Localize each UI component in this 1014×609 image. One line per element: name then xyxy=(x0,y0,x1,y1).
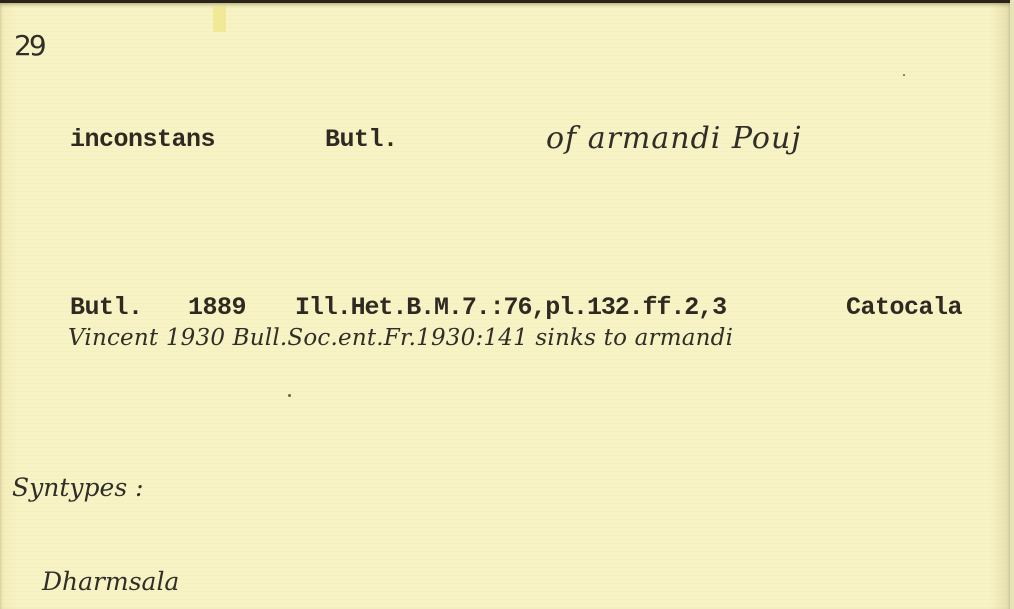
species-author: Butl. xyxy=(325,125,398,154)
highlighter-mark xyxy=(213,6,226,32)
handwritten-reference: Vincent 1930 Bull.Soc.ent.Fr.1930:141 si… xyxy=(68,325,733,351)
reference-year: 1889 xyxy=(188,293,246,322)
ink-speck xyxy=(903,74,905,76)
index-card: 29 inconstans Butl. of armandi Pouj Butl… xyxy=(0,3,1010,609)
syntype-locality: Dharmsala xyxy=(42,567,179,596)
syntypes-label: Syntypes : xyxy=(12,473,144,502)
reference-genus: Catocala xyxy=(846,293,962,322)
reference-author: Butl. xyxy=(70,293,143,322)
reference-citation: Ill.Het.B.M.7.:76,pl.132.ff.2,3 xyxy=(295,293,726,322)
species-name: inconstans xyxy=(70,125,215,154)
synonymy-note: of armandi Pouj xyxy=(546,121,802,156)
card-number: 29 xyxy=(14,29,44,62)
card-edge xyxy=(1010,0,1014,609)
ink-speck xyxy=(288,394,291,397)
